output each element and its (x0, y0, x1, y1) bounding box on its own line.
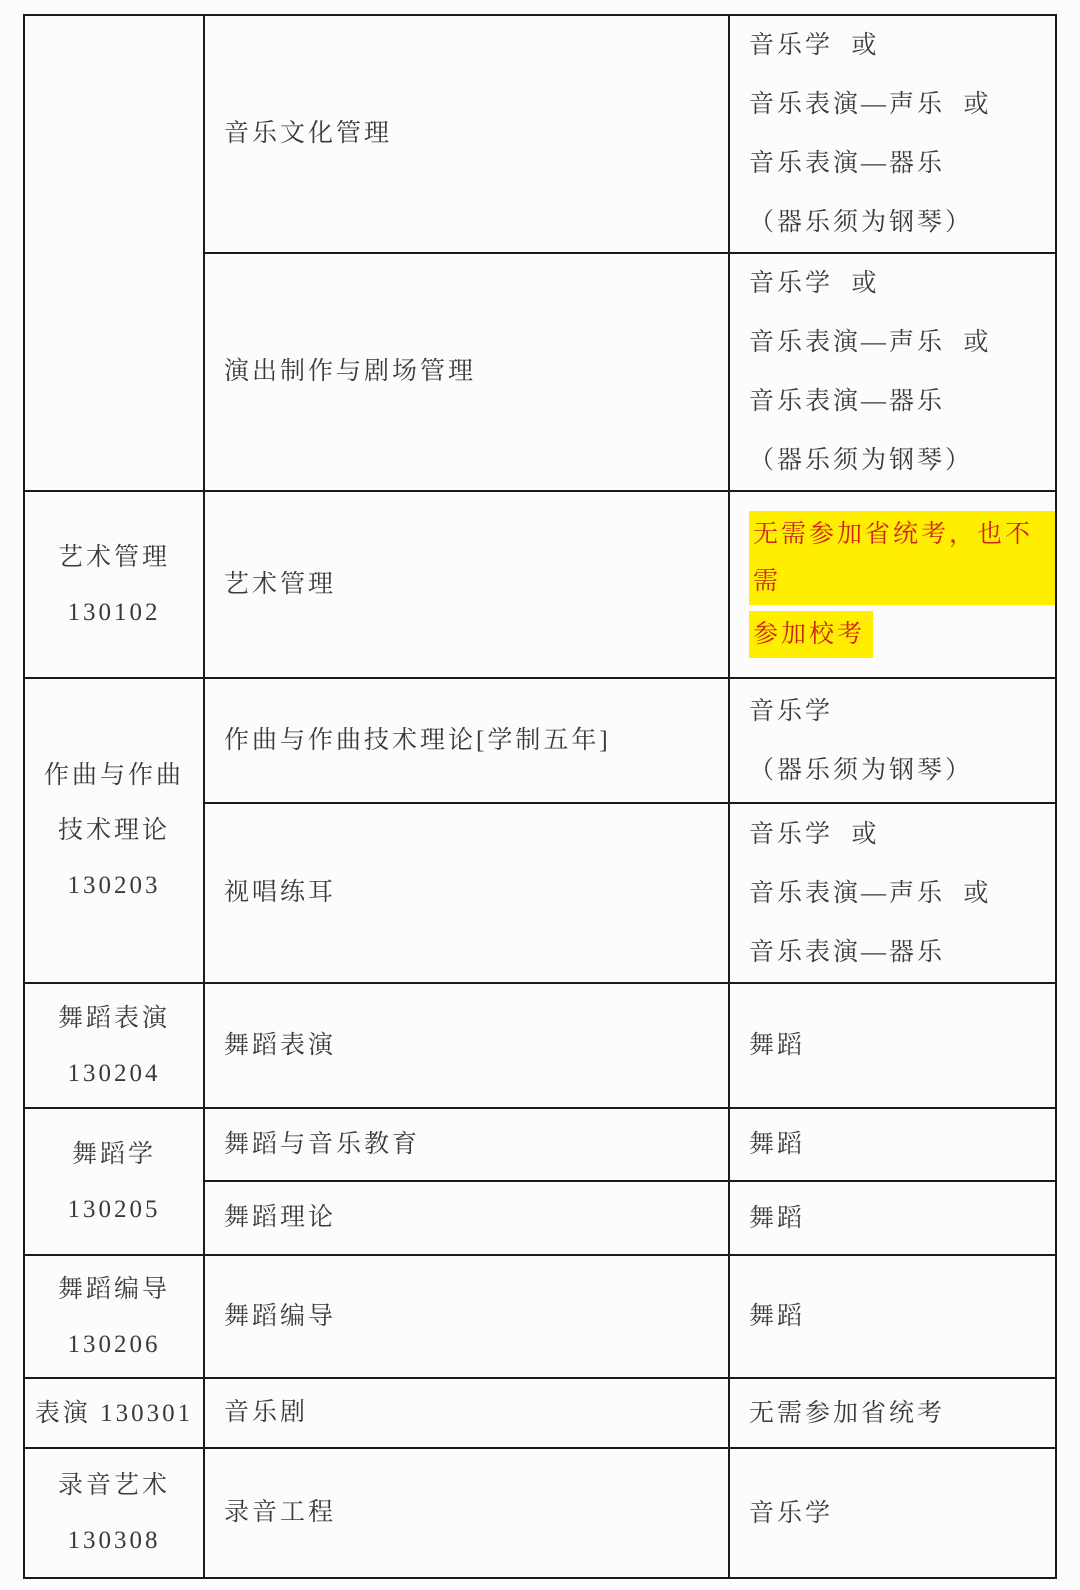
category-name-code: 表演 130301 (25, 1386, 203, 1441)
requirement-line: 舞蹈 (749, 1287, 1055, 1346)
requirement-cell: 音乐学 或 音乐表演—声乐 或 音乐表演—器乐 （器乐须为钢琴） (729, 253, 1056, 491)
category-cell: 艺术管理 130102 (24, 491, 204, 678)
major-cell: 舞蹈表演 (204, 983, 729, 1108)
category-cell: 舞蹈编导 130206 (24, 1255, 204, 1378)
requirement-cell: 音乐学 或 音乐表演—声乐 或 音乐表演—器乐 (729, 803, 1056, 983)
requirement-line: （器乐须为钢琴） (749, 431, 1055, 490)
scanned-document-page: 音乐文化管理 音乐学 或 音乐表演—声乐 或 音乐表演—器乐 （器乐须为钢琴） … (0, 0, 1080, 1590)
requirement-line: 音乐学 (749, 1484, 1055, 1543)
major-cell: 艺术管理 (204, 491, 729, 678)
requirement-line: 音乐学 (749, 682, 1055, 741)
major-name: 音乐文化管理 (224, 117, 728, 151)
table-row: 舞蹈编导 130206 舞蹈编导 舞蹈 (24, 1255, 1056, 1378)
table-row: 舞蹈学 130205 舞蹈与音乐教育 舞蹈 (24, 1108, 1056, 1181)
requirement-line: 音乐学 或 (749, 254, 1055, 313)
major-cell: 音乐剧 (204, 1378, 729, 1448)
requirement-cell: 无需参加省统考 (729, 1378, 1056, 1448)
requirement-line: 音乐表演—器乐 (749, 134, 1055, 193)
requirement-line: 音乐表演—声乐 或 (749, 75, 1055, 134)
category-name: 录音艺术 (25, 1458, 203, 1513)
major-name: 视唱练耳 (224, 876, 728, 910)
major-name: 舞蹈编导 (224, 1300, 728, 1334)
category-cell: 舞蹈学 130205 (24, 1108, 204, 1255)
category-name: 艺术管理 (25, 530, 203, 585)
requirement-line: 无需参加省统考 (749, 1384, 1055, 1443)
table-row: 舞蹈表演 130204 舞蹈表演 舞蹈 (24, 983, 1056, 1108)
major-cell: 录音工程 (204, 1448, 729, 1578)
category-code: 130102 (25, 585, 203, 640)
major-cell: 音乐文化管理 (204, 15, 729, 253)
requirement-line: 舞蹈 (749, 1189, 1055, 1248)
table-row: 艺术管理 130102 艺术管理 无需参加省统考，也不需 参加校考 (24, 491, 1056, 678)
requirement-line: 音乐学 或 (749, 805, 1055, 864)
requirement-cell: 音乐学 或 音乐表演—声乐 或 音乐表演—器乐 （器乐须为钢琴） (729, 15, 1056, 253)
category-code: 130203 (25, 858, 203, 913)
requirement-line: 舞蹈 (749, 1115, 1055, 1174)
major-name: 舞蹈与音乐教育 (224, 1128, 728, 1162)
table-row: 音乐文化管理 音乐学 或 音乐表演—声乐 或 音乐表演—器乐 （器乐须为钢琴） (24, 15, 1056, 253)
major-cell: 舞蹈与音乐教育 (204, 1108, 729, 1181)
category-name: 作曲与作曲 (25, 748, 203, 803)
major-name: 舞蹈理论 (224, 1201, 728, 1235)
major-cell: 舞蹈理论 (204, 1181, 729, 1255)
category-cell: 表演 130301 (24, 1378, 204, 1448)
major-cell: 演出制作与剧场管理 (204, 253, 729, 491)
major-cell: 作曲与作曲技术理论[学制五年] (204, 678, 729, 803)
category-name: 技术理论 (25, 803, 203, 858)
requirement-cell: 音乐学 （器乐须为钢琴） (729, 678, 1056, 803)
requirement-line: 音乐学 或 (749, 16, 1055, 75)
major-name: 演出制作与剧场管理 (224, 355, 728, 389)
major-name: 录音工程 (224, 1496, 728, 1530)
highlight-text-line: 无需参加省统考，也不需 (749, 511, 1055, 605)
requirement-cell: 舞蹈 (729, 1255, 1056, 1378)
requirement-cell: 舞蹈 (729, 1181, 1056, 1255)
requirement-line: 舞蹈 (749, 1016, 1055, 1075)
major-cell: 视唱练耳 (204, 803, 729, 983)
category-name: 舞蹈表演 (25, 991, 203, 1046)
category-code: 130205 (25, 1182, 203, 1237)
category-name: 舞蹈学 (25, 1127, 203, 1182)
category-cell-blank (24, 15, 204, 491)
category-name: 舞蹈编导 (25, 1262, 203, 1317)
category-cell: 作曲与作曲 技术理论 130203 (24, 678, 204, 983)
requirement-cell-highlighted: 无需参加省统考，也不需 参加校考 (729, 491, 1056, 678)
requirement-line: 音乐表演—器乐 (749, 923, 1055, 982)
highlight-text-line: 参加校考 (749, 611, 873, 658)
requirement-line: 音乐表演—声乐 或 (749, 313, 1055, 372)
table-row: 表演 130301 音乐剧 无需参加省统考 (24, 1378, 1056, 1448)
major-name: 艺术管理 (224, 568, 728, 602)
major-name: 舞蹈表演 (224, 1029, 728, 1063)
requirement-line: 音乐表演—器乐 (749, 372, 1055, 431)
requirement-cell: 舞蹈 (729, 983, 1056, 1108)
major-name: 音乐剧 (224, 1396, 728, 1430)
requirement-cell: 音乐学 (729, 1448, 1056, 1578)
majors-exam-requirements-table: 音乐文化管理 音乐学 或 音乐表演—声乐 或 音乐表演—器乐 （器乐须为钢琴） … (23, 14, 1057, 1579)
major-name: 作曲与作曲技术理论[学制五年] (224, 724, 728, 758)
table-row: 作曲与作曲 技术理论 130203 作曲与作曲技术理论[学制五年] 音乐学 （器… (24, 678, 1056, 803)
category-code: 130204 (25, 1046, 203, 1101)
category-code: 130206 (25, 1317, 203, 1372)
category-code: 130308 (25, 1513, 203, 1568)
requirement-line: 音乐表演—声乐 或 (749, 864, 1055, 923)
category-cell: 录音艺术 130308 (24, 1448, 204, 1578)
category-cell: 舞蹈表演 130204 (24, 983, 204, 1108)
requirement-line: （器乐须为钢琴） (749, 193, 1055, 252)
requirement-line: （器乐须为钢琴） (749, 741, 1055, 800)
major-cell: 舞蹈编导 (204, 1255, 729, 1378)
table-row: 录音艺术 130308 录音工程 音乐学 (24, 1448, 1056, 1578)
requirement-cell: 舞蹈 (729, 1108, 1056, 1181)
